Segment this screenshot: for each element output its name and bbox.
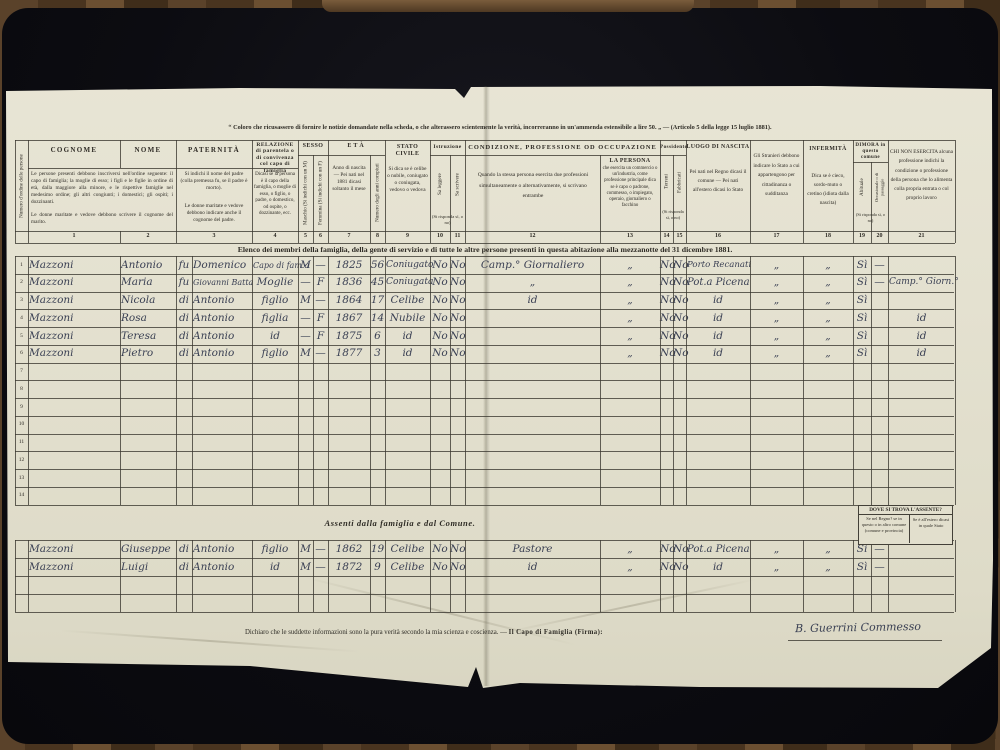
grid-hline: [15, 140, 955, 141]
hand-entry-stato: Celibe: [386, 293, 429, 308]
hand-entry-relazione: figlia: [253, 311, 297, 326]
hand-entry-padre: Antonio: [193, 311, 251, 326]
hand-entry-stato: Celibe: [386, 560, 429, 575]
hand-entry-relazione: Capo di fam.a: [253, 258, 297, 273]
hand-entry-m: —: [298, 275, 313, 290]
istruzione-sa-scrivere: Sa scrivere: [450, 157, 465, 212]
grid-vline: [385, 256, 386, 505]
hand-entry-infermita: „: [803, 346, 853, 361]
col-header-condizione: CONDIZIONE, PROFESSIONE OD OCCUPAZIONE: [465, 144, 660, 151]
column-number: 7: [337, 233, 361, 239]
grid-hline: [28, 168, 298, 169]
hand-entry-chi: id: [889, 346, 954, 361]
hand-entry-anno: 1872: [329, 560, 369, 575]
hand-entry-relazione: Moglie: [253, 275, 297, 290]
hand-entry-cognome: Mazzoni: [29, 258, 119, 273]
hand-entry-luogo: Pot.a Picena: [687, 542, 749, 557]
hand-entry-prefix: fu: [177, 258, 191, 273]
grid-hline: [15, 327, 954, 328]
hand-entry-nome: Rosa: [121, 311, 175, 326]
sesso-maschio-label: Maschio (Si indichi con un M): [298, 157, 313, 229]
column-number: 21: [910, 233, 934, 239]
hand-entry-scrive: No: [450, 311, 465, 326]
hand-entry-infermita: „: [803, 542, 853, 557]
hand-entry-chi: id: [889, 311, 954, 326]
hand-entry-f: F: [313, 311, 328, 326]
row-number: 4: [15, 315, 28, 321]
cognome-nome-instructions-2: Le donne maritate e vedove debbono scriv…: [31, 212, 173, 226]
hand-entry-stato: Coniugato: [386, 258, 429, 273]
hand-entry-abituale: Sì: [853, 275, 871, 290]
grid-vline: [600, 155, 601, 243]
grid-vline: [176, 256, 177, 505]
hand-entry-stato: Celibe: [386, 542, 429, 557]
grid-vline: [673, 155, 674, 243]
hand-entry-cognome: Mazzoni: [29, 542, 119, 557]
hand-entry-scrive: No: [450, 293, 465, 308]
table-caption: Elenco dei membri della famiglia, della …: [15, 245, 955, 254]
hand-entry-prefix: di: [177, 329, 191, 344]
grid-vline: [430, 140, 431, 243]
grid-vline: [328, 540, 329, 612]
grid-vline: [252, 256, 253, 505]
grid-hline: [15, 594, 954, 595]
grid-vline: [465, 256, 466, 505]
row-number: 14: [15, 492, 28, 498]
hand-entry-f: —: [313, 258, 328, 273]
grid-hline: [15, 558, 954, 559]
grid-hline: [15, 540, 954, 541]
hand-entry-anno: 1862: [329, 542, 369, 557]
infermita-note: Dica se è cieco, sordo-muto o cretino (i…: [806, 172, 850, 208]
hand-entry-stranieri: „: [750, 542, 803, 557]
grid-vline: [450, 256, 451, 505]
hand-entry-persona: „: [600, 275, 660, 290]
hand-entry-terreni: No: [660, 346, 673, 361]
hand-entry-f: —: [313, 560, 328, 575]
hand-entry-abituale: Sì: [853, 258, 871, 273]
grid-vline: [853, 540, 854, 612]
hand-entry-prefix: fu: [177, 275, 191, 290]
hand-entry-persona: „: [600, 311, 660, 326]
grid-vline: [955, 256, 956, 505]
hand-entry-f: —: [313, 346, 328, 361]
grid-hline: [15, 612, 954, 613]
hand-entry-persona: „: [600, 542, 660, 557]
hand-entry-m: —: [298, 329, 313, 344]
grid-vline: [120, 540, 121, 612]
row-number: 7: [15, 368, 28, 374]
hand-entry-padre: Antonio: [193, 560, 251, 575]
grid-vline: [120, 256, 121, 505]
grid-hline: [15, 416, 954, 417]
hand-entry-infermita: „: [803, 275, 853, 290]
hand-entry-abituale: Sì: [853, 311, 871, 326]
grid-hline: [15, 487, 954, 488]
col-header-istruzione: Istruzione: [430, 144, 465, 150]
hand-entry-anni: 3: [370, 346, 385, 361]
hand-entry-f: F: [313, 275, 328, 290]
grid-vline: [871, 540, 872, 612]
declaration-line: Dichiaro che le suddette informazioni so…: [245, 629, 805, 636]
grid-hline: [15, 505, 954, 506]
grid-vline: [370, 155, 371, 243]
grid-vline: [686, 140, 687, 243]
grid-vline: [15, 256, 16, 505]
col-header-paternita: PATERNITÀ: [176, 146, 252, 154]
hand-entry-stranieri: „: [750, 329, 803, 344]
hand-entry-occasionale: —: [871, 275, 888, 290]
hand-entry-fabbricati: No: [673, 275, 686, 290]
hand-entry-fabbricati: No: [673, 329, 686, 344]
dimora-abituale: Abituale: [853, 164, 871, 210]
hand-entry-relazione: id: [253, 560, 297, 575]
column-number: 9: [396, 233, 420, 239]
hand-entry-persona: „: [600, 293, 660, 308]
col-header-chi-non-esercita: CHI NON ESERCITA alcuna professione indi…: [890, 148, 953, 204]
hand-entry-terreni: No: [660, 311, 673, 326]
hand-entry-m: —: [298, 311, 313, 326]
sesso-femmina-label: Femmina (Si indichi con un F): [313, 157, 328, 229]
hand-entry-cognome: Mazzoni: [29, 293, 119, 308]
grid-vline: [750, 140, 751, 243]
grid-vline: [192, 256, 193, 505]
grid-vline: [15, 540, 16, 612]
grid-vline: [673, 256, 674, 505]
hand-entry-abituale: Sì: [853, 346, 871, 361]
paternita-note-2: Le donne maritate e vedove debbono indic…: [179, 203, 249, 224]
hand-entry-scrive: No: [450, 542, 465, 557]
hand-entry-fabbricati: No: [673, 542, 686, 557]
grid-vline: [430, 540, 431, 612]
grid-vline: [686, 256, 687, 505]
row-number: 13: [15, 475, 28, 481]
hand-entry-padre: Antonio: [193, 542, 251, 557]
hand-entry-anni: 45: [370, 275, 385, 290]
grid-vline: [853, 140, 854, 243]
hand-entry-fabbricati: No: [673, 293, 686, 308]
hand-entry-nome: Teresa: [121, 329, 175, 344]
hand-entry-anno: 1877: [329, 346, 369, 361]
hand-entry-infermita: „: [803, 293, 853, 308]
col-header-luogo-nascita: LUOGO DI NASCITA: [686, 144, 750, 151]
hand-entry-legge: No: [430, 560, 450, 575]
grid-vline: [120, 140, 121, 168]
hand-entry-padre: Giovanni Batta: [193, 275, 251, 290]
col-header-la-persona: LA PERSONA: [600, 158, 660, 165]
grid-vline: [192, 540, 193, 612]
hand-entry-abituale: Sì: [853, 329, 871, 344]
condizione-note: Quando la stessa persona esercita due pr…: [472, 170, 594, 202]
hand-entry-legge: No: [430, 542, 450, 557]
hand-entry-legge: No: [430, 275, 450, 290]
hand-entry-prefix: di: [177, 560, 191, 575]
grid-vline: [298, 540, 299, 612]
grid-vline: [888, 140, 889, 243]
eta-anni-label: Numero degli anni compiuti: [370, 157, 385, 229]
hand-entry-cognome: Mazzoni: [29, 346, 119, 361]
istruzione-nota: (Si risponda sì, o no): [430, 214, 465, 226]
grid-vline: [385, 140, 386, 243]
hand-entry-persona: „: [600, 560, 660, 575]
hand-entry-prefix: di: [177, 542, 191, 557]
hand-entry-persona: „: [600, 346, 660, 361]
grid-vline: [430, 256, 431, 505]
grid-hline: [15, 469, 954, 470]
hand-entry-nome: Maria: [121, 275, 175, 290]
row-number: 9: [15, 404, 28, 410]
grid-vline: [955, 540, 956, 612]
hand-entry-cognome: Mazzoni: [29, 311, 119, 326]
hand-entry-anno: 1864: [329, 293, 369, 308]
row-number: 10: [15, 421, 28, 427]
col-header-relazione: RELAZIONE di parentela o di convivenza c…: [253, 142, 297, 174]
row-number: 8: [15, 386, 28, 392]
grid-hline: [15, 380, 954, 381]
col-header-infermita: INFERMITÀ: [803, 146, 853, 153]
grid-hline: [15, 398, 954, 399]
grid-hline: [15, 243, 955, 244]
hand-entry-scrive: No: [450, 258, 465, 273]
relazione-note: Dicasi se la persona è il capo della fam…: [254, 172, 296, 218]
grid-vline: [871, 162, 872, 243]
signature-rule: [788, 640, 942, 641]
col-header-stato-civile: STATO CIVILE: [386, 144, 429, 158]
grid-vline: [313, 256, 314, 505]
grid-hline: [430, 155, 465, 156]
hand-entry-stranieri: „: [750, 275, 803, 290]
hand-entry-luogo: Pot.a Picena: [687, 275, 749, 290]
hand-entry-m: M: [298, 542, 313, 557]
grid-vline: [750, 256, 751, 505]
hand-entry-padre: Domenico: [193, 258, 251, 273]
hand-entry-luogo: id: [687, 311, 749, 326]
hand-entry-condizione: id: [466, 293, 599, 308]
column-number: 18: [816, 233, 840, 239]
grid-hline: [15, 345, 954, 346]
grid-hline: [15, 451, 954, 452]
grid-vline: [450, 155, 451, 243]
grid-vline: [298, 256, 299, 505]
hand-entry-anni: 19: [370, 542, 385, 557]
dimora-occasionale: Occasionale o di passaggio: [871, 164, 888, 210]
dove-assente-box: DOVE SI TROVA L'ASSENTE? Se nel Regno? s…: [858, 505, 953, 545]
hand-entry-relazione: figlio: [253, 293, 297, 308]
hand-entry-anni: 9: [370, 560, 385, 575]
hand-entry-anno: 1875: [329, 329, 369, 344]
hand-entry-fabbricati: No: [673, 560, 686, 575]
grid-vline: [28, 140, 29, 243]
grid-vline: [660, 256, 661, 505]
grid-vline: [465, 540, 466, 612]
column-number: 16: [706, 233, 730, 239]
grid-vline: [803, 540, 804, 612]
possidente-fabbricati: Fabbricati: [673, 157, 686, 207]
hand-entry-legge: No: [430, 346, 450, 361]
hand-entry-m: M: [298, 293, 313, 308]
hand-entry-stranieri: „: [750, 258, 803, 273]
luogo-nascita-note: Pei nati nel Regno dicasi il comune — Pe…: [689, 168, 747, 195]
grid-vline: [660, 540, 661, 612]
grid-vline: [465, 140, 466, 243]
legal-warning: “ Coloro che ricusassero di fornire le n…: [80, 124, 920, 131]
grid-vline: [252, 540, 253, 612]
hand-entry-scrive: No: [450, 560, 465, 575]
hand-entry-condizione: Camp.° Giornaliero: [466, 258, 599, 273]
hand-entry-terreni: No: [660, 293, 673, 308]
grid-hline: [15, 256, 955, 257]
col-header-sesso: SESSO: [298, 143, 328, 150]
hand-entry-prefix: di: [177, 293, 191, 308]
dove-assente-title: DOVE SI TROVA L'ASSENTE?: [859, 506, 952, 515]
row-number: 1: [15, 262, 28, 268]
grid-hline: [15, 434, 954, 435]
row-number: 6: [15, 350, 28, 356]
hand-entry-occasionale: —: [871, 258, 888, 273]
hand-entry-chi: id: [889, 329, 954, 344]
grid-vline: [370, 256, 371, 505]
grid-hline: [15, 309, 954, 310]
hand-entry-m: M: [298, 560, 313, 575]
mat-top-notch: [322, 0, 694, 12]
grid-vline: [871, 256, 872, 505]
hand-entry-stato: id: [386, 329, 429, 344]
hand-entry-cognome: Mazzoni: [29, 560, 119, 575]
hand-entry-m: M: [298, 258, 313, 273]
grid-hline: [15, 274, 954, 275]
hand-entry-anno: 1825: [329, 258, 369, 273]
hand-entry-anno: 1867: [329, 311, 369, 326]
hand-entry-anni: 6: [370, 329, 385, 344]
grid-vline: [853, 256, 854, 505]
hand-entry-terreni: No: [660, 542, 673, 557]
grid-vline: [313, 540, 314, 612]
hand-entry-stato: id: [386, 346, 429, 361]
row-number: 5: [15, 333, 28, 339]
grid-vline: [750, 540, 751, 612]
hand-entry-chi: Camp.° Giorn.°: [889, 275, 954, 290]
hand-entry-stato: Coniugata: [386, 275, 429, 290]
hand-entry-legge: No: [430, 293, 450, 308]
hand-entry-terreni: No: [660, 258, 673, 273]
grid-hline: [328, 155, 385, 156]
hand-entry-fabbricati: No: [673, 346, 686, 361]
grid-vline: [15, 140, 16, 243]
hand-entry-infermita: „: [803, 258, 853, 273]
hand-entry-fabbricati: No: [673, 311, 686, 326]
grid-vline: [600, 540, 601, 612]
cognome-nome-instructions: Le persone presenti debbono inscriversi …: [31, 171, 173, 205]
hand-entry-infermita: „: [803, 311, 853, 326]
grid-vline: [450, 540, 451, 612]
hand-entry-terreni: No: [660, 329, 673, 344]
column-number: 13: [618, 233, 642, 239]
hand-entry-stranieri: „: [750, 560, 803, 575]
assenti-caption: Assenti dalla famiglia e dal Comune.: [250, 518, 550, 528]
grid-hline: [15, 576, 954, 577]
column-number: 12: [521, 233, 545, 239]
row-number: 12: [15, 457, 28, 463]
grid-vline: [673, 540, 674, 612]
grid-vline: [298, 140, 299, 243]
hand-entry-nome: Luigi: [121, 560, 175, 575]
grid-vline: [803, 140, 804, 243]
hand-entry-luogo: id: [687, 346, 749, 361]
hand-entry-cognome: Mazzoni: [29, 329, 119, 344]
stato-civile-note: Si dica se è celibe o nubile, coniugato …: [387, 166, 428, 194]
grid-vline: [28, 540, 29, 612]
hand-entry-nome: Pietro: [121, 346, 175, 361]
hand-entry-relazione: figlio: [253, 542, 297, 557]
hand-entry-padre: Antonio: [193, 293, 251, 308]
declaration-text: Dichiaro che le suddette informazioni so…: [245, 629, 507, 636]
hand-entry-condizione: Pastore: [466, 542, 599, 557]
hand-entry-nome: Nicola: [121, 293, 175, 308]
hand-entry-luogo: Porto Recanati: [687, 258, 749, 273]
row-number: 11: [15, 439, 28, 445]
column-number: 3: [202, 233, 226, 239]
grid-vline: [120, 231, 121, 243]
col-header-stranieri: Gli Stranieri debbono indicare lo Stato …: [752, 152, 801, 200]
paternita-note-1: Si indichi il nome del padre (colla prem…: [179, 171, 249, 192]
grid-vline: [176, 540, 177, 612]
hand-entry-relazione: id: [253, 329, 297, 344]
hand-entry-occasionale: —: [871, 560, 888, 575]
istruzione-sa-leggere: Sa leggere: [430, 157, 450, 212]
hand-entry-luogo: id: [687, 293, 749, 308]
dove-regno-note: Se nel Regno? se in questo o in altro co…: [859, 515, 910, 543]
hand-entry-terreni: No: [660, 275, 673, 290]
grid-vline: [28, 256, 29, 505]
grid-hline: [15, 363, 954, 364]
grid-vline: [313, 155, 314, 243]
grid-hline: [465, 155, 660, 156]
hand-entry-prefix: di: [177, 346, 191, 361]
hand-entry-scrive: No: [450, 275, 465, 290]
column-number: 17: [765, 233, 789, 239]
column-number: 4: [263, 233, 287, 239]
hand-entry-infermita: „: [803, 329, 853, 344]
la-persona-note: che esercita un commercio o un'industria…: [602, 166, 658, 210]
hand-entry-relazione: figlio: [253, 346, 297, 361]
eta-anno-note: Anno di nascita — Pei nati nel 1881 dica…: [330, 165, 368, 193]
col-header-dimora: DIMORA in questo comune: [853, 143, 888, 160]
hand-entry-prefix: di: [177, 311, 191, 326]
possidente-terreni: Terreni: [660, 157, 673, 207]
grid-vline: [328, 256, 329, 505]
hand-entry-cognome: Mazzoni: [29, 275, 119, 290]
dove-estero-note: Se è all'estero dicasi in quale Stato: [910, 515, 952, 543]
hand-entry-legge: No: [430, 258, 450, 273]
hand-entry-stranieri: „: [750, 346, 803, 361]
column-number: 15: [668, 233, 692, 239]
grid-vline: [252, 140, 253, 243]
hand-entry-scrive: No: [450, 346, 465, 361]
grid-vline: [686, 540, 687, 612]
grid-vline: [955, 140, 956, 243]
hand-entry-condizione: „: [466, 275, 599, 290]
hand-entry-scrive: No: [450, 329, 465, 344]
hand-entry-f: —: [313, 542, 328, 557]
col-header-eta: ETÀ: [328, 143, 385, 150]
grid-vline: [888, 256, 889, 505]
hand-entry-anni: 14: [370, 311, 385, 326]
hand-entry-anno: 1836: [329, 275, 369, 290]
hand-entry-luogo: id: [687, 560, 749, 575]
grid-vline: [385, 540, 386, 612]
grid-hline: [15, 292, 954, 293]
grid-hline: [15, 231, 955, 232]
